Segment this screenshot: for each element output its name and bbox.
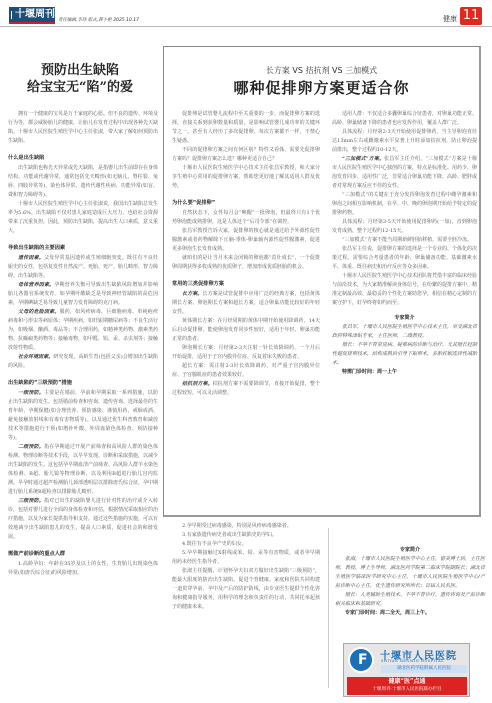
left-article-title: 预防出生缺陷 给宝宝无“陷”的爱 bbox=[0, 62, 160, 96]
expert-heading: 专家简介 bbox=[332, 314, 477, 323]
paragraph: 就咱们的是让当月本来会闭锁的卵泡都“茁壮成长”，一个促排卵周期获得多枚成熟的优质… bbox=[172, 254, 320, 272]
paragraph: 长方案。长方案是试管促排中应用广泛的经典方案，包括黄体期长方案、卵泡期长方案和超… bbox=[172, 290, 320, 317]
paragraph: 具体流程：月经第3-5天开始使用促排卵药(一加)，直到卵泡发育成熟，整个过程约1… bbox=[332, 218, 477, 236]
keyword: 母体营养因素。 bbox=[18, 282, 54, 288]
paragraph: 二级预防。指在孕期通过开展产前筛查和高风险人群的染色体检测、物理诊断等技术手段，… bbox=[8, 443, 158, 497]
paragraph: “三加模式”的关键在于充分发挥卵泡发育过程中雌孕激素和卵泡之间相互影响机制，在早… bbox=[332, 191, 477, 218]
right-article-column-1: 促排卵是试管婴儿流程中至关重要的一步，而促排卵方案的选择，直接关系到获卵数量和质… bbox=[172, 110, 320, 398]
page-number-badge: 11 bbox=[460, 7, 482, 25]
paragraph: 促排卵是试管婴儿流程中至关重要的一步，而促排卵方案的选择，直接关系到获卵数量和质… bbox=[172, 110, 320, 146]
paragraph: 三级预防。指对已出生的缺陷婴儿进行针对性的治疗或介入转诊，包括对婴儿进行全面的身… bbox=[8, 497, 158, 542]
column-title: 健康“医”点通 bbox=[347, 677, 467, 686]
expert-heading: 专家简介 bbox=[335, 546, 485, 555]
keyword: 长方案。 bbox=[182, 291, 202, 297]
expert-specialty: 擅长：人类辅助生殖技术、不孕不育诊疗、遗传咨询及产前诊断相关临床和基础研究。 bbox=[335, 591, 485, 609]
paragraph: 一级预防。主要是在婚前、孕前和孕期采取一系列措施，以防止出生缺陷的发生。包括婚前… bbox=[8, 389, 158, 443]
page-header: 十堰周刊 责任编辑,李玮 版式,蒋小艳 2025.10.17 健康 11 bbox=[0, 0, 492, 27]
hospital-affiliation: 湖北医药学院附属人民医院 bbox=[381, 665, 467, 673]
paragraph: 5.孕早期接触过X射线或苯、铅、汞等有害物质，或者孕早期用药未经医生指导者。 bbox=[172, 549, 320, 567]
expert-bio: 张昌军，十堰市人民医院生殖医学中心技术主任，享受湖北省政府特殊津贴专家，主任医师… bbox=[332, 323, 477, 341]
hospital-logo-icon bbox=[348, 647, 374, 673]
clinic-hours: 特需门诊时间：周一上午 bbox=[332, 368, 477, 377]
expert-bio: 张淑，十堰市人民医院生殖医学中心主任，留美博士后，主任医师，教授，博士生导师，湖… bbox=[335, 555, 485, 591]
keyword: 一级预防。 bbox=[18, 390, 44, 396]
keyword: 二级预防。 bbox=[18, 444, 44, 450]
section-heading: 出生缺陷的“三级预防”措施 bbox=[8, 379, 158, 388]
paragraph: 黄体期长方案：在月经周期的黄体中期开始使用降调药，14天后启动促排卵。能使卵泡发… bbox=[172, 317, 320, 344]
keyword: 拮抗剂方案。 bbox=[182, 381, 213, 387]
paragraph: 适用人群：不仅适合多囊卵巢综合征患者，对卵巢功能正常、高龄、卵巢储备下降的患者也… bbox=[332, 110, 477, 128]
column-title-bar: 健康“医”点通 十堰周刊·十堰市人民医院联办栏目 bbox=[347, 677, 467, 695]
text: 指在孕期通过开展产前筛查和高风险人群的染色体检测、物理诊断等技术手段，以早早发现… bbox=[8, 444, 158, 495]
paragraph: 1.高龄孕妇：年龄在35岁及以上的女性，生育胎儿出现染色体异常(如唐氏综合征)的… bbox=[8, 560, 158, 578]
keyword: 三级预防。 bbox=[18, 498, 44, 504]
article-subtitle: 长方案 VS 拮抗剂 VS 三加模式 bbox=[164, 65, 479, 76]
intro-paragraph: 拥有一个健康的宝贝是万千家庭的心愿。但不良的遗传、环境及行为等，都会威胁胎儿的健… bbox=[8, 110, 158, 146]
paragraph: 张淑主任提醒，计划怀孕夫妇双方做好出生缺陷“三级预防”，能最大限度的防治出生缺陷… bbox=[172, 567, 320, 612]
title-line-2: 给宝宝无“陷”的爱 bbox=[0, 79, 160, 96]
text: 指对已出生的缺陷婴儿进行针对性的治疗或介入转诊，包括对婴儿进行全面的身体检查和评… bbox=[8, 498, 158, 540]
bottom-expert-block: 专家简介 张淑，十堰市人民医院生殖医学中心主任，留美博士后，主任医师，教授，博士… bbox=[335, 540, 485, 618]
masthead-logo: 十堰周刊 bbox=[9, 7, 55, 24]
paragraph: “三加模式”方案。张昌军主任介绍，“三加模式”方案是十堰市人民医院生殖医学中心独… bbox=[332, 155, 477, 191]
text: 服药，如风疹病毒、巨细胞病毒、单纯疱疹病毒和弓形虫等病原体；孕期疾病，如妊娠期糖… bbox=[8, 309, 158, 351]
paragraph: 具体流程：月经第2-3天开始使用促排卵药，当主导卵泡直径达13mm左右或雌激素水… bbox=[332, 128, 477, 155]
section-heading: 常用的三类促排卵方案 bbox=[172, 280, 320, 289]
keyword: 遗传因素。 bbox=[18, 255, 44, 261]
paragraph: 母体营养因素。孕期营养失衡可导致出生缺陷风险增加并影响胎儿各器官系统发育。如孕期… bbox=[8, 281, 158, 308]
paragraph: 不同的促排卵方案之间有何区别？特性又看体，需要先促排卵方案吗？促排卵方案怎么选？… bbox=[172, 146, 320, 164]
paragraph: “三加模式”方案不能当周期新鲜胚胎移植，需要全胚冷冻。 bbox=[332, 236, 477, 245]
column-divider bbox=[328, 528, 329, 688]
paragraph: 社会环境因素。研究发现，高龄生育(包括父亲)会增加出生缺陷的风险。 bbox=[8, 353, 158, 371]
title-line-1: 预防出生缺陷 bbox=[0, 62, 160, 79]
section-heading: 什么是出生缺陷 bbox=[8, 154, 158, 163]
paragraph: 4.既往有不良孕产史的妇女。 bbox=[172, 540, 320, 549]
section-heading: 为什么要“促排卵” bbox=[172, 199, 320, 208]
editor-credits: 责任编辑,李玮 版式,蒋小艳 2025.10.17 bbox=[58, 17, 139, 23]
paragraph: 3.有家族遗传病史者或出生缺陷史的孕妇。 bbox=[172, 531, 320, 540]
section-heading: 导致出生缺陷的主要因素 bbox=[8, 244, 158, 253]
paragraph: 出生缺陷也称先天异常或先天缺陷，是指婴儿出生前即存在身体结构、功能或代谢异常，通… bbox=[8, 164, 158, 200]
text: 主要是在婚前、孕前和孕期采取一系列措施，以防止出生缺陷的发生。包括婚前检查和咨询… bbox=[8, 390, 158, 441]
expert-specialty: 擅长：不孕不育常见病、疑难病的诊断与治疗。尤其擅长控制性超促排卵技术，结构成熟后… bbox=[332, 341, 477, 368]
paragraph: 十堰市人民医院生殖医学中心技术团队将凭借丰富的临床经验与前沿技术，为大家精准解读… bbox=[332, 272, 477, 308]
paragraph: 父母的危险因素。服药，如风疹病毒、巨细胞病毒、单纯疱疹病毒和弓形虫等病原体；孕期… bbox=[8, 308, 158, 353]
clinic-hours: 专家门诊时间：周二全天，周三上午。 bbox=[335, 609, 485, 618]
keyword: “三加模式”方案。 bbox=[342, 156, 384, 162]
paragraph: 自然状态下，女性每月会“唤醒”一批卵泡，但最终只有1个优势卵泡能成熟排卵，这是人… bbox=[172, 209, 320, 227]
paragraph: 张昌军教授告诉大家，促排卵的核心就是通过给予外源性促性腺激素或者药物解除下丘脑-… bbox=[172, 227, 320, 254]
left-article-body: 拥有一个健康的宝贝是万千家庭的心愿。但不良的遗传、环境及行为等，都会威胁胎儿的健… bbox=[8, 110, 158, 578]
column-subtitle: 十堰周刊·十堰市人民医院联办栏目 bbox=[347, 686, 467, 694]
paragraph: 十堰市人民医院生殖医学中心技术主任张昌军教授，和大家分享生殖中心常用的促排卵方案… bbox=[172, 164, 320, 191]
keyword: 父母的危险因素。 bbox=[18, 309, 60, 315]
paragraph: 卵泡期长方案：月经第2-3天注射一针长效降调药，一个月后开始促排，适用于子宫内膜… bbox=[172, 344, 320, 362]
right-article-column-2: 适用人群：不仅适合多囊卵巢综合征患者，对卵巢功能正常、高龄、卵巢储备下降的患者也… bbox=[332, 110, 477, 377]
keyword: 社会环境因素。 bbox=[18, 354, 53, 360]
article-title: 哪种促排卵方案更适合你 bbox=[164, 77, 479, 98]
paragraph: 超长方案：需注射2-3针长效降调药，对严重子宫内膜异位症、子宫腺肌症的患者效果较… bbox=[172, 362, 320, 380]
hospital-banner: 十堰市人民医院 SHIYAN RENMIN HOSPITAL 湖北医药学院附属人… bbox=[343, 643, 470, 697]
hospital-name-en: SHIYAN RENMIN HOSPITAL bbox=[381, 659, 444, 663]
paragraph: 2.孕早期受过病毒感染，特别是风疹病毒感染者。 bbox=[172, 522, 320, 531]
paragraph: 张昌军主任说，促排卵方案的选择是一个专业的、个体化的决策过程。需要综合考量患者的… bbox=[332, 245, 477, 272]
section-label: 健康 bbox=[443, 14, 457, 24]
left-article-continuation: 2.孕早期受过病毒感染，特别是风疹病毒感染者。 3.有家族遗传病史者或出生缺陷史… bbox=[172, 522, 320, 612]
paragraph: 遗传因素。父母异常基因遗传或生殖细胞突变。既往有不良妊娠史的女性，包括复发性自然… bbox=[8, 254, 158, 281]
section-heading: 需做产前诊断的重点人群 bbox=[8, 550, 158, 559]
paragraph: 十堰市人民医院生殖医学中心主任张淑说，我国出生缺陷总发生率为5.6%。出生缺陷不… bbox=[8, 200, 158, 236]
paragraph: 拮抗剂方案。拮抗剂方案不需要降调节，直接开始促排，整个过程较短，可以灵活调整。 bbox=[172, 380, 320, 398]
